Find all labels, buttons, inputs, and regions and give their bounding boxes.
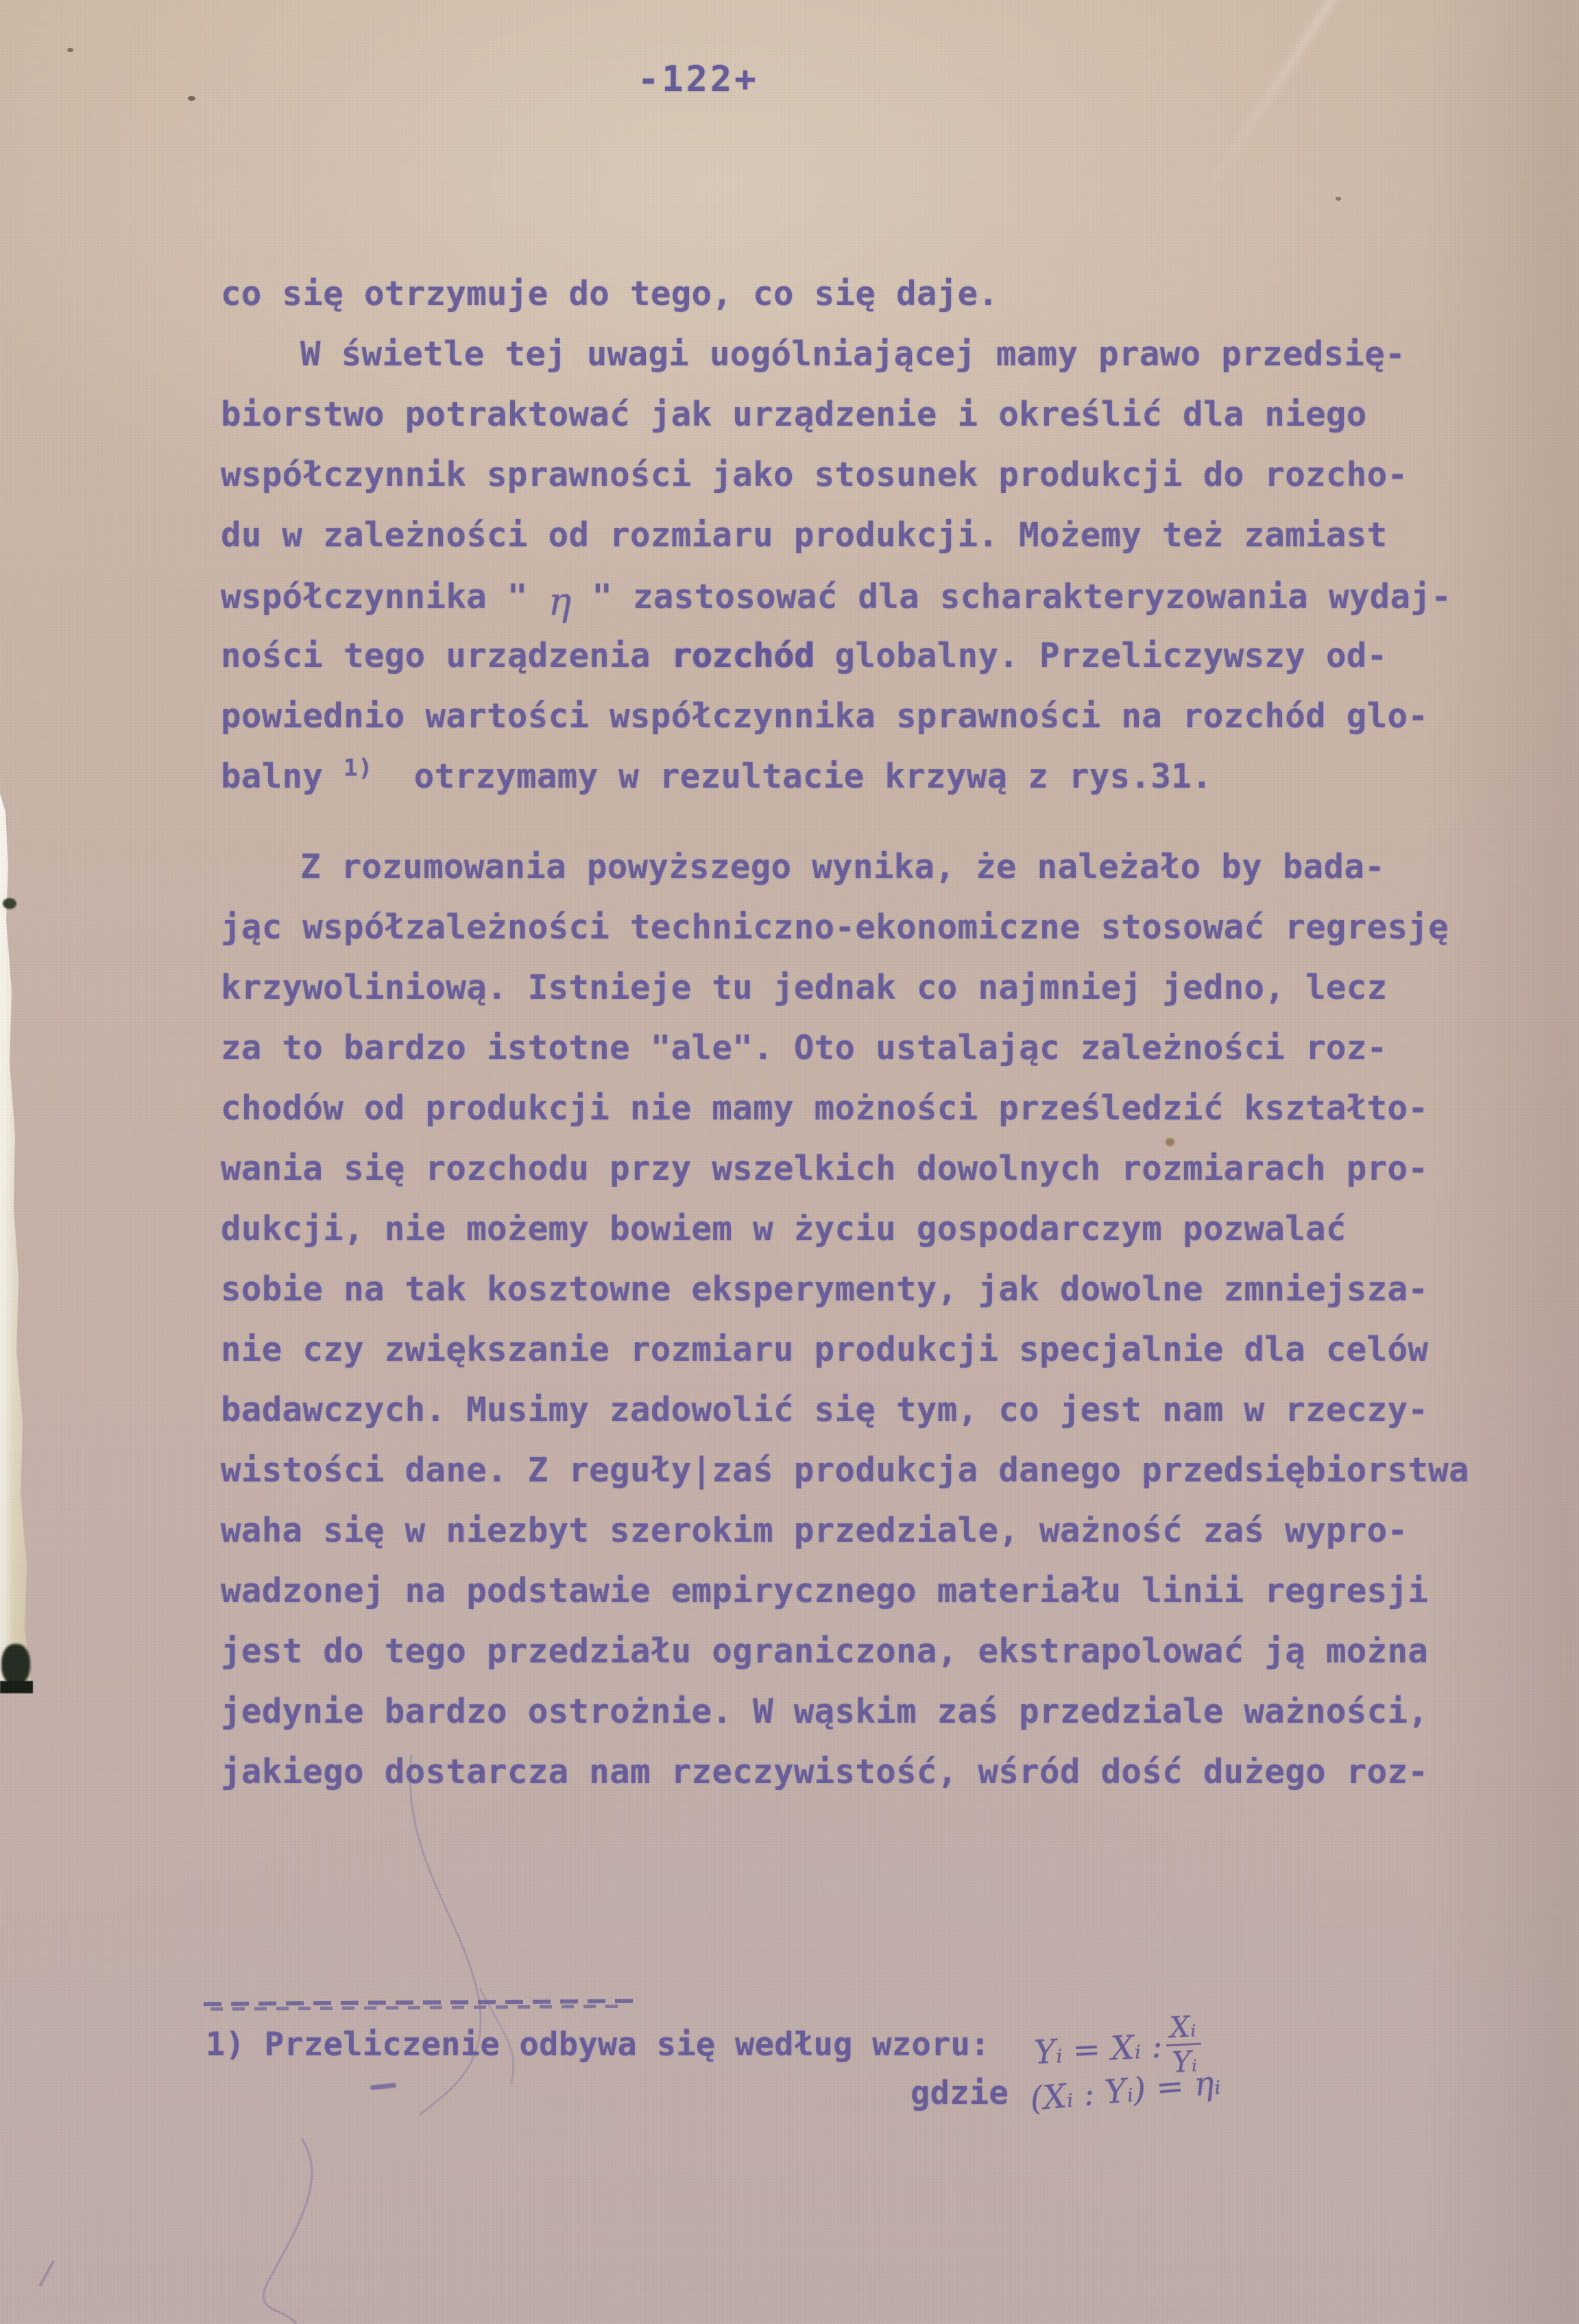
text-line: powiednio wartości współczynnika sprawno… <box>221 686 1428 747</box>
text-line: badawczych. Musimy zadowolić się tym, co… <box>221 1380 1428 1440</box>
text-line: dukcji, nie możemy bowiem w życiu gospod… <box>221 1199 1347 1259</box>
fraction-numerator: Xᵢ <box>1165 2011 1201 2047</box>
text-line: jedynie bardzo ostrożnie. W wąskim zaś p… <box>221 1682 1428 1742</box>
line-segment: ności tego urządzenia <box>221 636 671 675</box>
text-line-with-footnote-ref: balny 1) otrzymamy w rezultacie krzywą z… <box>221 747 1212 807</box>
paper-speck <box>188 96 195 101</box>
torn-edge-shading <box>0 794 82 1692</box>
edge-dark-bar <box>0 1681 33 1693</box>
paper-stain <box>1166 1138 1174 1146</box>
text-line-with-eta: współczynnika " η " zastosować dla schar… <box>221 566 1451 626</box>
text-line: sobie na tak kosztowne eksperymenty, jak… <box>221 1259 1428 1320</box>
line-segment: " zastosować dla scharakteryzowania wyda… <box>572 577 1452 616</box>
footnote-separator-dashes <box>204 1999 636 2011</box>
line-segment: balny <box>221 757 343 796</box>
text-line-with-bold: ności tego urządzenia rozchód globalny. … <box>221 626 1388 686</box>
text-line: wadzonej na podstawie empirycznego mater… <box>221 1561 1428 1621</box>
text-line: jakiego dostarcza nam rzeczywistość, wśr… <box>221 1742 1428 1802</box>
text-line: waha się w niezbyt szerokim przedziale, … <box>221 1501 1408 1561</box>
page-number: -122+ <box>638 59 759 100</box>
text-line: W świetle tej uwagi uogólniającej mamy p… <box>300 324 1406 385</box>
text-line: wania się rozchodu przy wszelkich dowoln… <box>221 1139 1428 1199</box>
text-line: biorstwo potraktować jak urządzenie i ok… <box>221 385 1367 445</box>
footnote-reference: 1) <box>343 755 373 782</box>
stray-pen-dash <box>370 2083 397 2090</box>
text-line: du w zależności od rozmiaru produkcji. M… <box>221 505 1387 566</box>
paper-speck <box>1336 197 1341 201</box>
text-line: współczynnik sprawności jako stosunek pr… <box>221 445 1408 505</box>
scanned-typewritten-page: -122+ co się otrzymuje do tego, co się d… <box>0 0 1579 2324</box>
text-line: chodów od produkcji nie mamy możności pr… <box>221 1078 1428 1139</box>
footnote-text: 1) Przeliczenie odbywa się według wzoru: <box>206 2021 990 2069</box>
edge-speck <box>3 898 16 909</box>
gdzie-label: gdzie <box>911 2072 1009 2116</box>
paper-crease <box>1194 0 1360 210</box>
text-line: krzywoliniową. Istnieje tu jednak co naj… <box>221 958 1387 1018</box>
line-segment: współczynnika " <box>221 577 549 616</box>
paper-speck <box>67 48 73 52</box>
text-line: jąc współzależności techniczno-ekonomicz… <box>221 897 1449 958</box>
line-segment: globalny. Przeliczywszy od- <box>815 636 1388 675</box>
text-line: jest do tego przedziału ograniczona, eks… <box>221 1621 1428 1682</box>
text-line: co się otrzymuje do tego, co się daje. <box>221 264 998 324</box>
eta-symbol: η <box>549 580 572 625</box>
text-line: nie czy zwiększanie rozmiaru produkcji s… <box>221 1320 1428 1380</box>
torn-left-edge <box>0 794 82 1692</box>
text-line: wistości dane. Z reguły|zaś produkcja da… <box>221 1440 1469 1501</box>
text-line: Z rozumowania powyższego wynika, że nale… <box>300 837 1385 897</box>
edge-dark-blob <box>1 1644 30 1685</box>
text-line: za to bardzo istotne "ale". Oto ustalają… <box>221 1018 1387 1078</box>
overstruck-word: rozchód <box>671 636 815 675</box>
line-segment: otrzymamy w rezultacie krzywą z rys.31. <box>373 757 1212 796</box>
formula-lead: Yᵢ = Xᵢ : <box>1033 2026 1164 2072</box>
